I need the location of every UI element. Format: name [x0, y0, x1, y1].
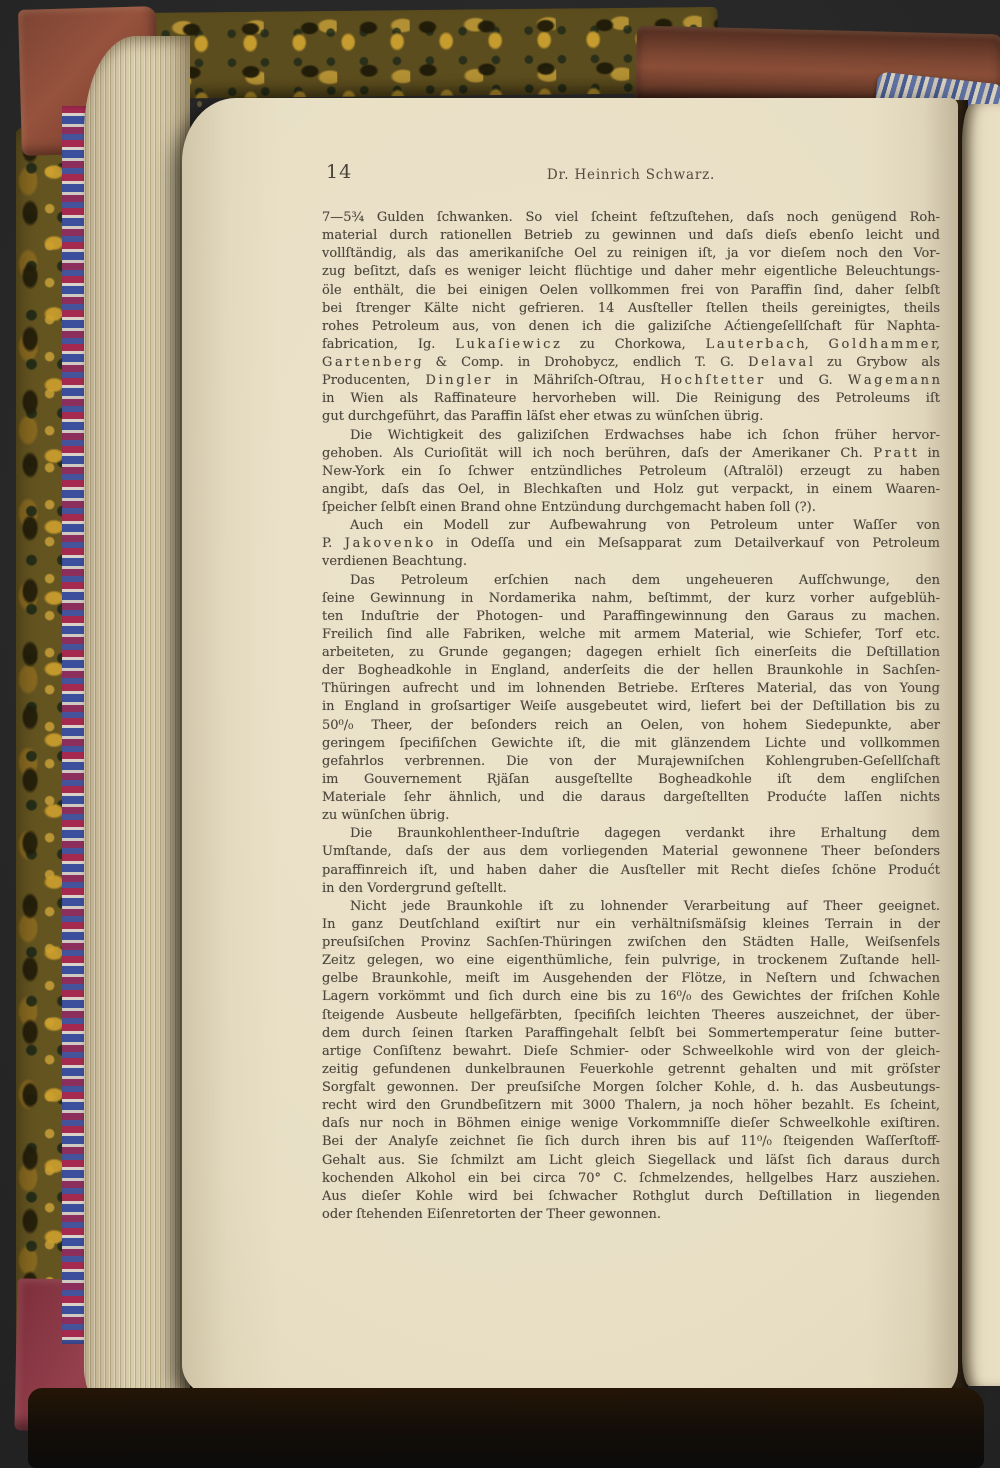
text-line: in England in groſsartiger Weiſe ausgebe… [322, 698, 940, 716]
text-line: fabrication, Ig. L u k a ſ i e w i c z z… [322, 336, 940, 354]
paragraph: 7—5¾ Gulden ſchwanken. So viel ſcheint f… [322, 209, 940, 427]
text-line: öle enthält, die bei einigen Oelen vollk… [322, 282, 940, 300]
text-line: gelbe Braunkohle, meiſt im Ausgehenden d… [322, 970, 940, 988]
paragraph: Das Petroleum erſchien nach dem ungeheue… [322, 572, 940, 826]
text-line: Auch ein Modell zur Aufbewahrung von Pet… [322, 517, 940, 535]
text-line: bei ſtrenger Kälte nicht gefrieren. 14 A… [322, 300, 940, 318]
text-line: geringem ſpecifiſchen Gewichte iſt, die … [322, 735, 940, 753]
paper-speck [197, 101, 202, 107]
paragraph: Auch ein Modell zur Aufbewahrung von Pet… [322, 517, 940, 571]
paragraph: Die Braunkohlentheer-Induſtrie dagegen v… [322, 825, 940, 898]
text-line: paraffinreich iſt, und haben daher die A… [322, 862, 940, 880]
text-line: in Wien als Raffinateure hervorheben wil… [322, 390, 940, 408]
text-line: 50⁰/₀ Theer, der beſonders reich an Oele… [322, 717, 940, 735]
text-line: ſeine Gewinnung in Nordamerika nahm, beſ… [322, 590, 940, 608]
running-header: Dr. Heinrich Schwarz. [322, 167, 940, 183]
facing-page-edge [962, 104, 1000, 1386]
paragraph: Die Wichtigkeit des galiziſchen Erdwachs… [322, 427, 940, 518]
text-line: gehoben. Als Curioſität will ich noch be… [322, 445, 940, 463]
text-line: Freilich ſind alle Fabriken, welche mit … [322, 626, 940, 644]
text-line: arbeiteten, zu Grunde gegangen; dagegen … [322, 644, 940, 662]
book-bottom-shadow [28, 1388, 984, 1468]
text-line: Producenten, D i n g l e r in Mähriſch-O… [322, 372, 940, 390]
text-line: Aus dieſer Kohle wird bei ſchwacher Roth… [322, 1188, 940, 1206]
text-line: In ganz Deutſchland exiſtirt nur ein ver… [322, 916, 940, 934]
text-line: der Bogheadkohle in England, anderſeits … [322, 662, 940, 680]
page-edges-stack [84, 36, 190, 1410]
text-line: dem durch ſeinen ſtarken Paraffingehalt … [322, 1025, 940, 1043]
text-line: vollſtändig, als das amerikaniſche Oel z… [322, 245, 940, 263]
text-line: preuſsiſchen Provinz Sachſen-Thüringen z… [322, 934, 940, 952]
text-line: Das Petroleum erſchien nach dem ungeheue… [322, 572, 940, 590]
text-line: oder ſtehenden Eiſenretorten der Theer g… [322, 1206, 940, 1224]
text-line: Sorgfalt gewonnen. Der preuſsiſche Morge… [322, 1079, 940, 1097]
text-line: Zeitz gelegen, wo eine eigenthümliche, f… [322, 952, 940, 970]
text-line: Bei der Analyſe zeichnet ſie ſich durch … [322, 1133, 940, 1151]
text-line: Die Braunkohlentheer-Induſtrie dagegen v… [322, 825, 940, 843]
text-line: zeitig gefundenen dunkelbraunen Feuerkoh… [322, 1061, 940, 1079]
text-line: rohes Petroleum aus, von denen ich die g… [322, 318, 940, 336]
marbled-cover-top [118, 7, 719, 99]
paragraph: Nicht jede Braunkohle iſt zu lohnender V… [322, 898, 940, 1224]
text-line: Gehalt aus. Sie ſchmilzt am Licht gleich… [322, 1152, 940, 1170]
text-line: ſpeicher ſelbſt einen Brand ohne Entzünd… [322, 499, 940, 517]
text-line: material durch rationellen Betrieb zu ge… [322, 227, 940, 245]
text-line: zu wünſchen übrig. [322, 807, 940, 825]
text-line: ten Induſtrie der Photogen- und Paraffin… [322, 608, 940, 626]
text-line: angibt, daſs das Oel, in Blechkaſten und… [322, 481, 940, 499]
text-line: Umſtande, daſs der aus dem vorliegenden … [322, 843, 940, 861]
text-line: Nicht jede Braunkohle iſt zu lohnender V… [322, 898, 940, 916]
text-line: daſs nur noch in Böhmen einige wenige Vo… [322, 1115, 940, 1133]
text-line: recht wird den Grundbeſitzern mit 3000 T… [322, 1097, 940, 1115]
text-line: Materiale ſehr ähnlich, und die daraus d… [322, 789, 940, 807]
text-line: in den Vordergrund geſtellt. [322, 880, 940, 898]
text-line: artige Conſiſtenz bewahrt. Dieſe Schmier… [322, 1043, 940, 1061]
book-scan: 14 Dr. Heinrich Schwarz. 7—5¾ Gulden ſch… [0, 0, 1000, 1468]
body-text: 7—5¾ Gulden ſchwanken. So viel ſcheint f… [322, 209, 940, 1224]
text-line: New-York ein ſo ſchwer entzündliches Pet… [322, 463, 940, 481]
text-line: zug beſitzt, daſs es weniger leicht flüc… [322, 263, 940, 281]
text-line: gut durchgeführt, das Paraffin läſst ehe… [322, 408, 940, 426]
text-line: Die Wichtigkeit des galiziſchen Erdwachs… [322, 427, 940, 445]
text-line: P. J a k o v e n k o in Odeſſa und ein M… [322, 535, 940, 553]
text-line: G a r t e n b e r g & Comp. in Drohobycz… [322, 354, 940, 372]
text-line: gefahrlos verbrennen. Die von der Muraje… [322, 753, 940, 771]
text-line: Lagern vorkömmt und ſich durch eine bis … [322, 988, 940, 1006]
text-line: ſteigende Ausbeute hellgefärbten, ſpecif… [322, 1007, 940, 1025]
text-line: verdienen Beachtung. [322, 553, 940, 571]
text-line: 7—5¾ Gulden ſchwanken. So viel ſcheint f… [322, 209, 940, 227]
text-line: im Gouvernement Rjäſan ausgeſtellte Bogh… [322, 771, 940, 789]
text-line: Thüringen aufrecht und im lohnenden Betr… [322, 680, 940, 698]
text-line: kochenden Alkohol ein bei circa 70° C. ſ… [322, 1170, 940, 1188]
